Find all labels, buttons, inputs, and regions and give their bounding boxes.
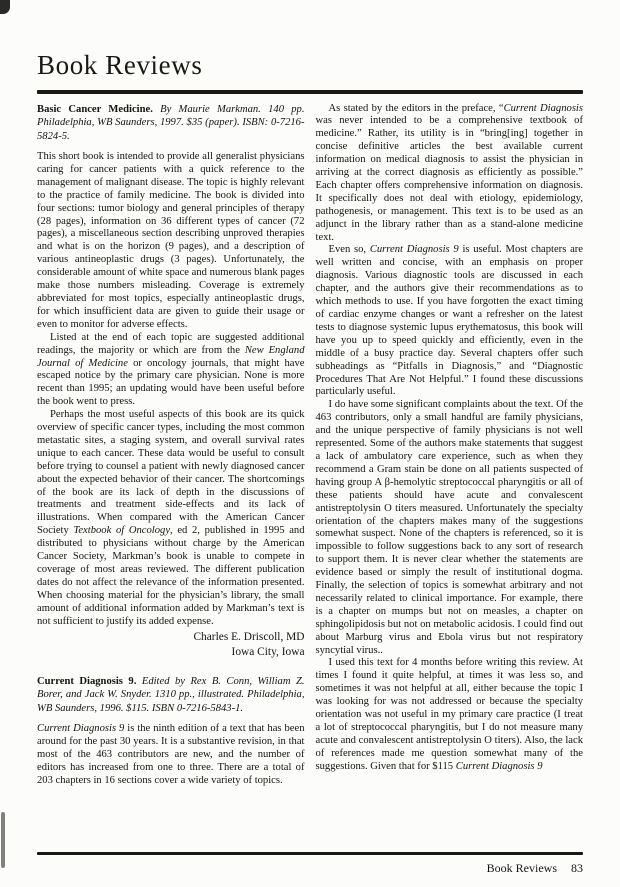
paragraph: This short book is intended to provide a… <box>37 151 305 332</box>
two-column-text: Basic Cancer Medicine. By Maurie Markman… <box>37 103 583 853</box>
paragraph: Perhaps the most useful aspects of this … <box>37 409 305 628</box>
paragraph: I do have some significant complaints ab… <box>316 399 584 657</box>
paragraph: Current Diagnosis 9 is the ninth edition… <box>37 723 305 788</box>
page-content: Book Reviews Basic Cancer Medicine. By M… <box>37 0 583 853</box>
review-citation-basic-cancer-medicine: Basic Cancer Medicine. By Maurie Markman… <box>37 103 305 144</box>
journal-page: Book Reviews Basic Cancer Medicine. By M… <box>0 0 620 887</box>
paragraph: Listed at the end of each topic are sugg… <box>37 332 305 409</box>
header-rule <box>37 90 583 94</box>
left-column: Basic Cancer Medicine. By Maurie Markman… <box>37 103 305 853</box>
scan-artifact-corner <box>0 0 10 14</box>
scan-artifact-left-edge <box>1 812 5 868</box>
footer-label: Book Reviews <box>487 861 557 875</box>
paragraph: Even so, Current Diagnosis 9 is useful. … <box>316 244 584 399</box>
page-footer: Book Reviews83 <box>37 852 583 887</box>
paragraph: I used this text for 4 months before wri… <box>316 657 584 773</box>
footer-rule <box>37 852 583 855</box>
reviewer-location: Iowa City, Iowa <box>37 645 305 660</box>
right-column: As stated by the editors in the preface,… <box>316 103 584 853</box>
page-title: Book Reviews <box>37 50 583 81</box>
footer-line: Book Reviews83 <box>37 861 583 876</box>
paragraph: As stated by the editors in the preface,… <box>316 103 584 245</box>
reviewer-name: Charles E. Driscoll, MD <box>37 630 305 645</box>
review-citation-current-diagnosis-9: Current Diagnosis 9. Edited by Rex B. Co… <box>37 675 305 716</box>
page-number: 83 <box>571 861 583 875</box>
